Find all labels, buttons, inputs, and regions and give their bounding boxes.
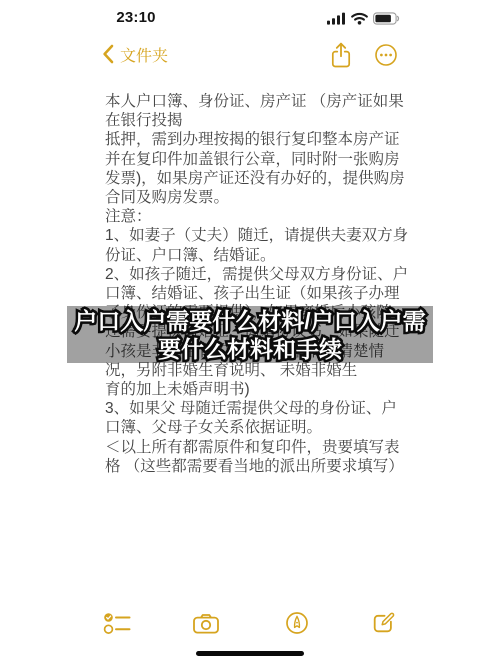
note-body[interactable]: 本人户口簿、身份证、房产证 （房产证如果在银行投揭抵押，需到办理按揭的银行复印整… <box>105 92 435 476</box>
share-button[interactable] <box>329 41 353 69</box>
back-label: 文件夹 <box>120 43 168 66</box>
note-line: 育的加上未婚声明书) <box>105 380 435 399</box>
caption-line-1: 户口入户需要什么材料/户口入户需 <box>74 307 425 335</box>
note-line: 发票)，如果房产证还没有办好的，提供购房 <box>105 169 435 188</box>
battery-icon <box>373 12 400 25</box>
ellipsis-circle-icon <box>374 43 398 67</box>
note-line: 1、如妻子（丈夫）随迁，请提供夫妻双方身 <box>105 226 435 245</box>
nav-actions <box>329 41 398 69</box>
wifi-icon <box>351 12 368 25</box>
home-indicator[interactable] <box>196 651 304 656</box>
compose-button[interactable] <box>361 601 405 645</box>
note-line: 注意： <box>105 207 435 226</box>
back-button[interactable]: 文件夹 <box>102 42 168 66</box>
camera-button[interactable] <box>184 601 228 645</box>
status-time: 23:10 <box>100 9 172 26</box>
note-line: 口簿、结婚证、孩子出生证（如果孩子办理 <box>105 284 435 303</box>
note-line: 并在复印件加盖银行公章，同时附一张购房 <box>105 150 435 169</box>
caption-line-2: 要什么材料和手续 <box>158 335 342 363</box>
markup-button[interactable] <box>275 601 319 645</box>
note-line: 在银行投揭 <box>105 111 435 130</box>
compose-icon <box>371 611 395 635</box>
cellular-signal-icon <box>327 12 346 25</box>
status-icons <box>327 11 400 25</box>
checklist-icon <box>103 612 131 635</box>
note-line: 况，另附非婚生育说明、 未婚非婚生 <box>105 361 435 380</box>
note-line: 抵押，需到办理按揭的银行复印整本房产证 <box>105 130 435 149</box>
note-line: ＜以上所有都需原件和复印件，贵要填写表 <box>105 438 435 457</box>
caption-overlay: 户口入户需要什么材料/户口入户需 要什么材料和手续 <box>67 306 433 363</box>
note-line: 份证、户口簿、结婚证。 <box>105 246 435 265</box>
more-button[interactable] <box>374 43 398 67</box>
checklist-button[interactable] <box>95 601 139 645</box>
share-icon <box>329 41 353 69</box>
notes-app-screen: 23:10 文件夹 <box>0 0 500 666</box>
note-line: 格 （这些都需要看当地的派出所要求填写） <box>105 457 435 476</box>
note-line: 3、如果父 母随迁需提供父母的身份证、户 <box>105 399 435 418</box>
note-line: 本人户口簿、身份证、房产证 （房产证如果 <box>105 92 435 111</box>
note-line: 口簿、父母子女关系依据证明。 <box>105 418 435 437</box>
note-line: 2、如孩子随迁，需提供父母双方身份证、户 <box>105 265 435 284</box>
markup-pen-icon <box>285 611 309 635</box>
note-line: 合同及购房发票。 <box>105 188 435 207</box>
chevron-left-icon <box>102 44 114 64</box>
camera-icon <box>193 613 219 634</box>
